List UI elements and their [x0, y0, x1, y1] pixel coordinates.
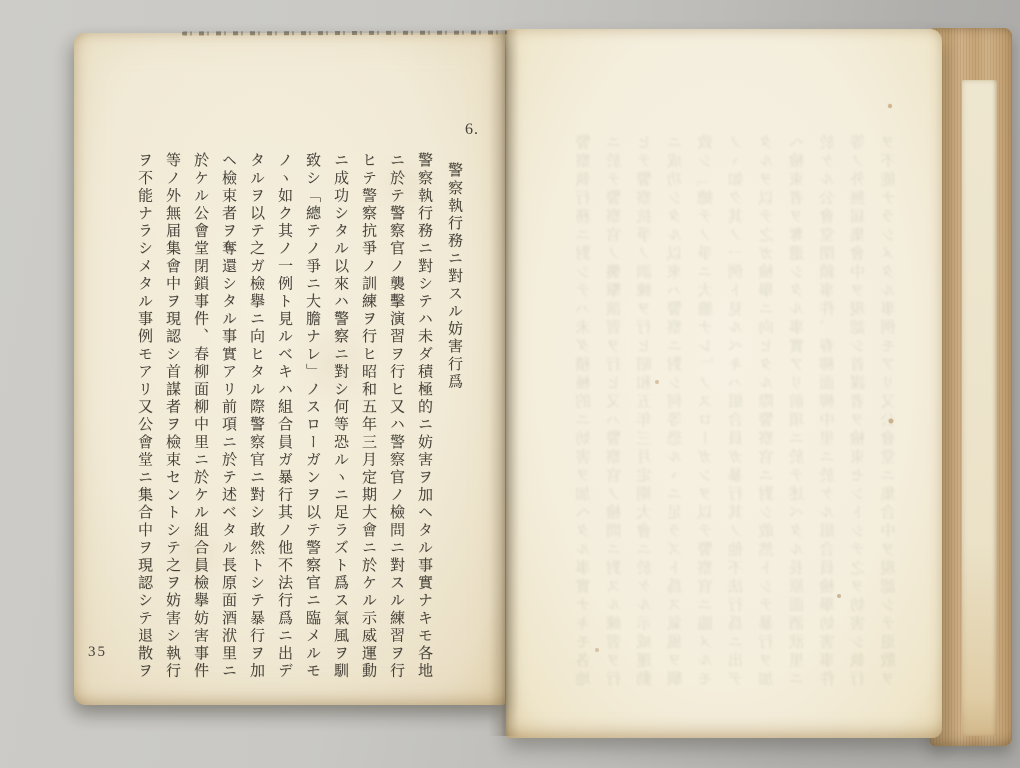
text-block: 警察執行務ニ對スル妨害行爲 警察執行務ニ對シテハ未ダ積極的ニ妨害ヲ加ヘタル事實ナ…: [123, 152, 461, 692]
ghost-text-column: ヲ不能ナラシメタル事例モアリ又公會堂ニ集合中ヲ現認シテ退散ヲ: [882, 134, 898, 699]
ghost-text-column: ニ成功シタル以來ハ警察ニ對シ何等恐ルヽニ足ラズト爲ス氣風ヲ馴: [668, 134, 684, 699]
left-page-printed: 6. 警察執行務ニ對スル妨害行爲 警察執行務ニ對シテハ未ダ積極的ニ妨害ヲ加ヘタル…: [74, 33, 505, 705]
show-through-text: 警察執行務ニ對シテハ未ダ積極的ニ妨害ヲ加ヘタル事實ナキモ各地ニ於テ警察官ノ襲擊演…: [577, 134, 913, 699]
page-top-edge-dirt: [182, 30, 507, 35]
ghost-text-column: 警察執行務ニ對シテハ未ダ積極的ニ妨害ヲ加ヘタル事實ナキモ各地: [577, 134, 593, 699]
section-heading: 警察執行務ニ對スル妨害行爲: [446, 162, 461, 692]
ghost-text-column: タルヲ以テ之ガ檢擧ニ向ヒタル際警察官ニ對シ敢然トシテ暴行ヲ加: [760, 134, 776, 699]
book-scan: 警察執行務ニ對シテハ未ダ積極的ニ妨害ヲ加ヘタル事實ナキモ各地ニ於テ警察官ノ襲擊演…: [0, 0, 1020, 768]
page-number: 35: [88, 644, 107, 661]
ghost-text-column: 致シ「總テノ爭ニ大膽ナレ」ノスローガンヲ以テ警察官ニ臨メルモ: [699, 134, 715, 699]
ghost-text-column: ノヽ如ク其ノ一例ト見ルベキハ組合員ガ暴行其ノ他不法行爲ニ出デ: [729, 134, 745, 699]
ghost-text-column: ニ於テ警察官ノ襲擊演習ヲ行ヒ又ハ警察官ノ檢問ニ對スル練習ヲ行: [607, 134, 623, 699]
body-text-column: ニ於テ警察官ノ襲擊演習ヲ行ヒ又ハ警察官ノ檢問ニ對スル練習ヲ行: [388, 152, 403, 692]
body-text-column: ノヽ如ク其ノ一例ト見ルベキハ組合員ガ暴行其ノ他不法行爲ニ出デ: [276, 152, 291, 692]
body-text-column: 警察執行務ニ對シテハ未ダ積極的ニ妨害ヲ加ヘタル事實ナキモ各地: [416, 152, 431, 692]
body-text-column: ニ成功シタル以來ハ警察ニ對シ何等恐ルヽニ足ラズト爲ス氣風ヲ馴: [332, 152, 347, 692]
body-text-column: 致シ「總テノ爭ニ大膽ナレ」ノスローガンヲ以テ警察官ニ臨メルモ: [304, 152, 319, 692]
fore-edge-light-strip: [962, 80, 997, 736]
body-text-column: 等ノ外無届集會中ヲ現認シ首謀者ヲ檢束セントシテ之ヲ妨害シ執行: [164, 152, 179, 692]
body-text-column: ヘ檢束者ヲ奪還シタル事實アリ前項ニ於テ述ベタル長原面酒洑里ニ: [220, 152, 235, 692]
page-stains: [74, 33, 76, 35]
right-page-blank: 警察執行務ニ對シテハ未ダ積極的ニ妨害ヲ加ヘタル事實ナキモ各地ニ於テ警察官ノ襲擊演…: [506, 29, 942, 738]
body-text-column: タルヲ以テ之ガ檢擧ニ向ヒタル際警察官ニ對シ敢然トシテ暴行ヲ加: [248, 152, 263, 692]
body-text-column: ヲ不能ナラシメタル事例モアリ又公會堂ニ集合中ヲ現認シテ退散ヲ: [136, 152, 151, 692]
ghost-text-column: ヘ檢束者ヲ奪還シタル事實アリ前項ニ於テ述ベタル長原面酒洑里ニ: [790, 134, 806, 699]
ghost-text-column: 於ケル公會堂閉鎖事件、春柳面柳中里ニ於ケル組合員檢擧妨害事件: [821, 134, 837, 699]
body-text-column: ヒテ警察抗爭ノ訓練ヲ行ヒ昭和五年三月定期大會ニ於ケル示威運動: [360, 152, 375, 692]
section-number: 6.: [465, 121, 479, 139]
ghost-text-column: 等ノ外無届集會中ヲ現認シ首謀者ヲ檢束セントシテ之ヲ妨害シ執行: [851, 134, 867, 699]
ghost-text-column: ヒテ警察抗爭ノ訓練ヲ行ヒ昭和五年三月定期大會ニ於ケル示威運動: [638, 134, 654, 699]
body-text-column: 於ケル公會堂閉鎖事件、春柳面柳中里ニ於ケル組合員檢擧妨害事件: [192, 152, 207, 692]
